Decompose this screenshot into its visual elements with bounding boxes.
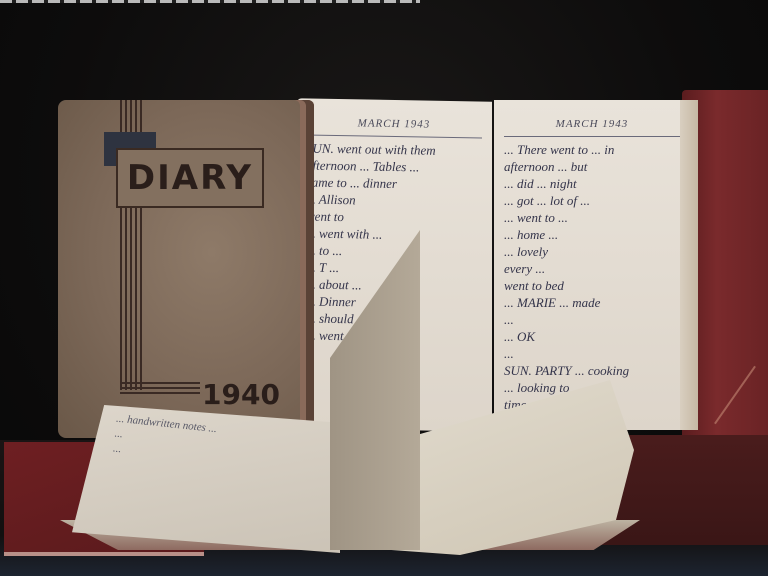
- page-header: MARCH 1943: [296, 116, 492, 131]
- hand-line: went to bed: [504, 277, 680, 294]
- hand-line: ... There went to ... in: [504, 141, 680, 158]
- header-rule: [306, 134, 482, 138]
- hand-line: ... went to ...: [504, 209, 680, 226]
- handwriting: ... There went to ... in afternoon ... b…: [494, 141, 690, 413]
- hand-line: ... got ... lot of ...: [504, 192, 680, 209]
- diary-cover-1940: DIARY 1940: [58, 100, 314, 438]
- photo-scene: MARCH 1943 SUN. went out with them after…: [0, 0, 768, 576]
- cover-stripes-horizontal: [120, 382, 200, 396]
- video-overlay-line: [0, 0, 420, 3]
- diary-page-right: MARCH 1943 ... There went to ... in afte…: [494, 100, 690, 430]
- hand-line: ...: [504, 311, 680, 328]
- page-edges: [680, 100, 698, 430]
- hand-line: ... OK: [504, 328, 680, 345]
- page-header: MARCH 1943: [494, 118, 690, 130]
- hand-line: ...: [504, 345, 680, 362]
- header-rule: [504, 136, 680, 137]
- hand-line: ... lovely: [504, 243, 680, 260]
- cover-year: 1940: [202, 378, 280, 411]
- hand-line: SUN. PARTY ... cooking: [504, 362, 680, 379]
- handwriting: ... handwritten notes ... ... ...: [112, 412, 335, 480]
- hand-line: every ...: [504, 260, 680, 277]
- cover-title: DIARY: [116, 148, 264, 208]
- hand-line: ... home ...: [504, 226, 680, 243]
- hand-line: ... MARIE ... made: [504, 294, 680, 311]
- hand-line: ... did ... night: [504, 175, 680, 192]
- front-diary-left-page: ... handwritten notes ... ... ...: [72, 405, 340, 553]
- scratch-mark: [714, 366, 756, 424]
- hand-line: afternoon ... but: [504, 158, 680, 175]
